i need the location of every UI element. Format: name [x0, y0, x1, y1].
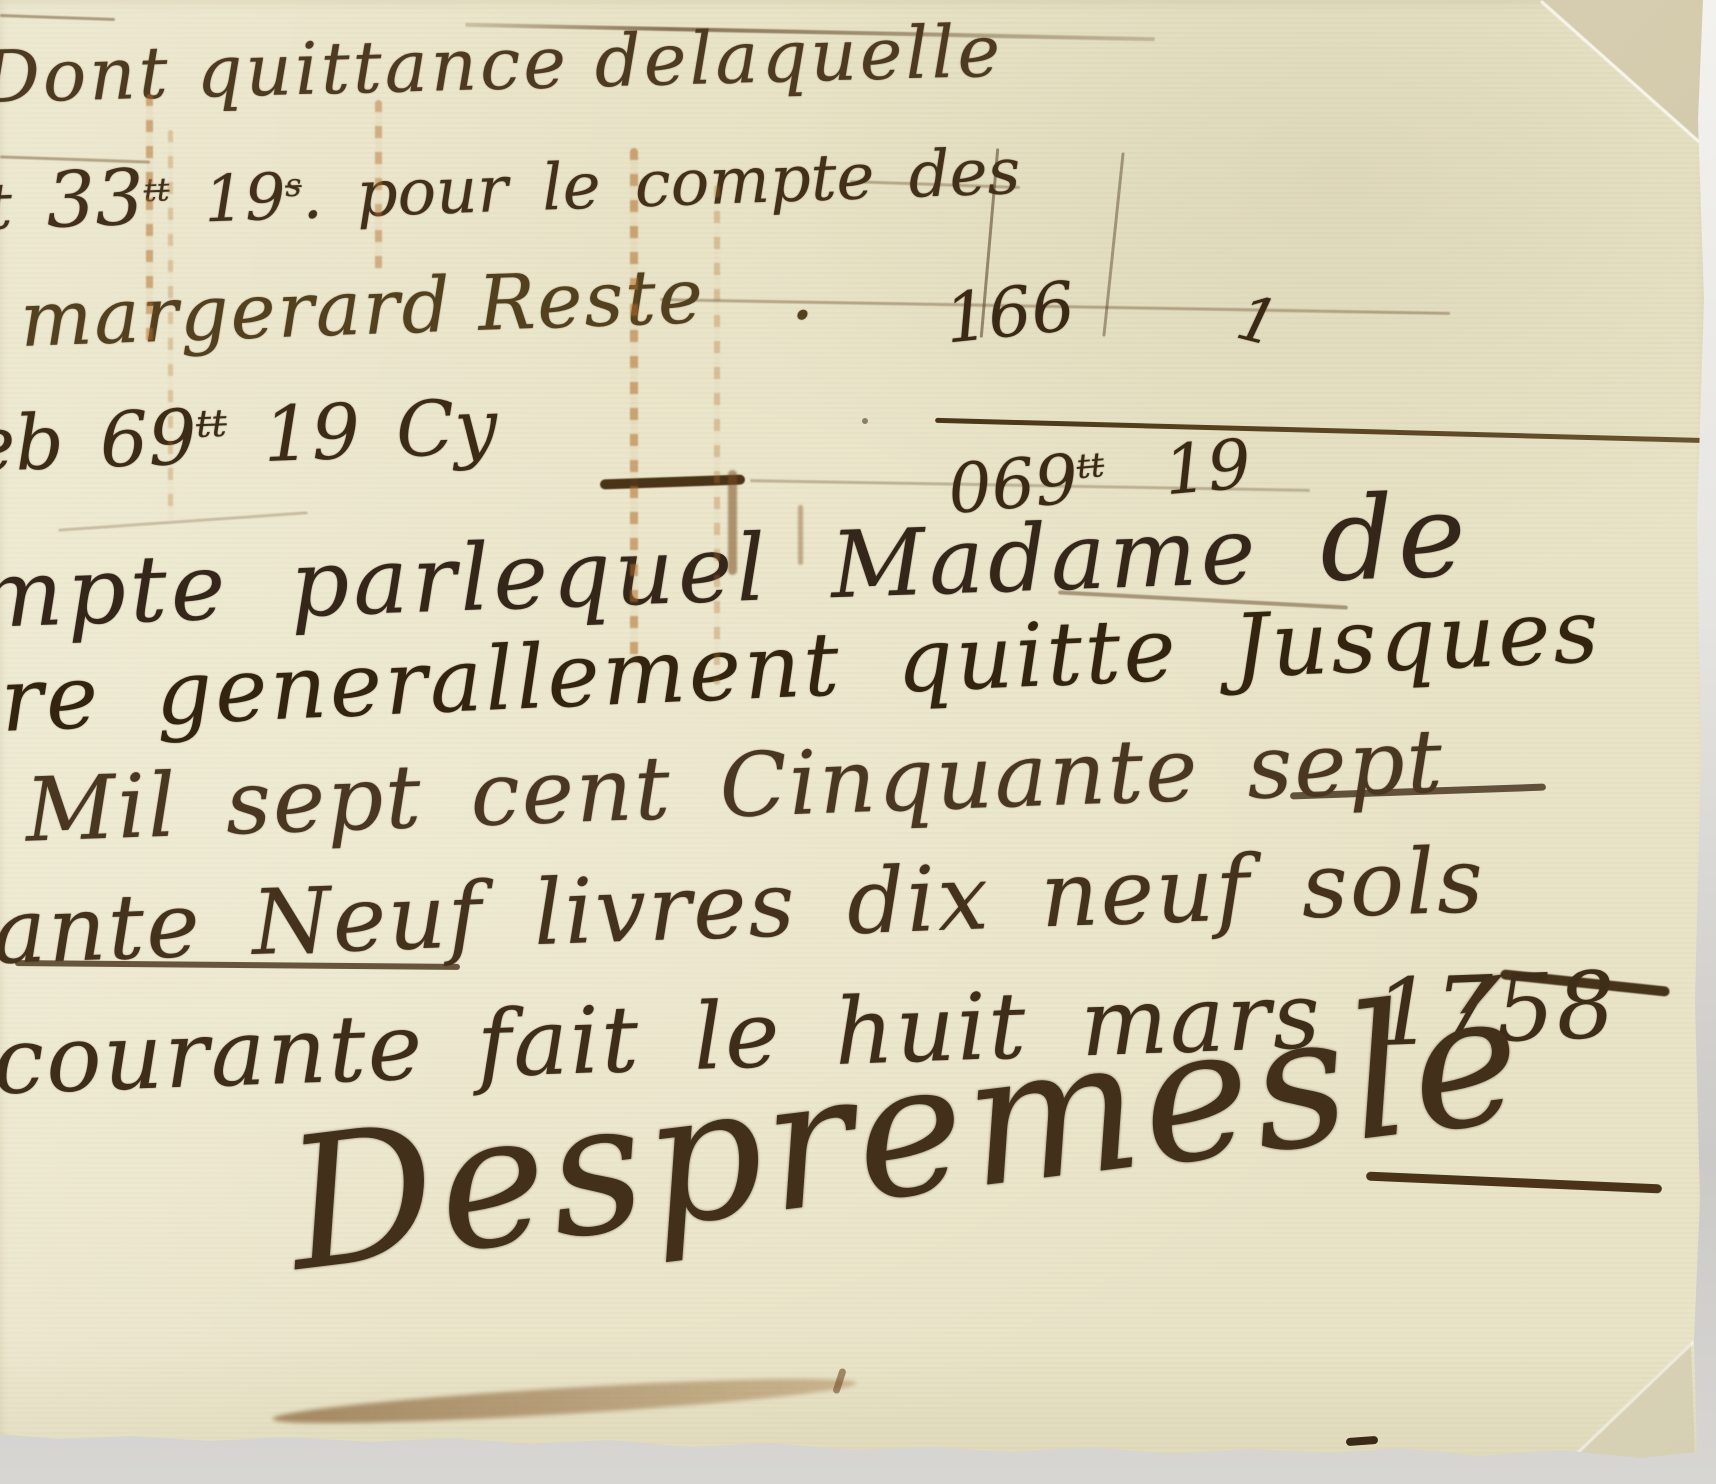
handwritten-line-livres: ante Neuf livres dix neuf sols: [0, 836, 1486, 978]
livres-unit: tt: [195, 401, 227, 446]
guide-line: [0, 14, 115, 21]
sum-top-value: 166: [942, 273, 1078, 354]
amount-livres: 69: [98, 392, 198, 484]
rust-stain: [168, 130, 173, 520]
cutoff-glyph: eb: [0, 397, 65, 489]
amount-sols: 19: [203, 161, 287, 238]
line-text: margerard Reste: [19, 251, 707, 364]
cutoff-glyph: t: [0, 170, 13, 245]
amount-livres: 33: [45, 154, 146, 246]
amount-sols: 19: [262, 387, 362, 479]
sum-rule: [935, 418, 1710, 443]
line-rest: . pour le compte des: [301, 135, 1022, 234]
rust-stain: [714, 185, 720, 685]
manuscript-paper: Dont quittance delaquelle t 33tt 19s. po…: [0, 0, 1716, 1484]
ink-dash: [600, 474, 745, 489]
ink-dot: [862, 418, 868, 424]
cy-label: Cy: [394, 382, 498, 474]
ink-drip: [798, 505, 803, 565]
period-mark: .: [788, 247, 817, 337]
handwritten-line-reste: margerard Reste.: [19, 254, 817, 358]
handwritten-line-compte: t 33tt 19s. pour le compte des: [0, 130, 1021, 243]
rust-stain: [375, 100, 382, 270]
result-unit: tt: [1075, 445, 1106, 487]
sols-unit: s: [284, 166, 302, 205]
photo-background: Dont quittance delaquelle t 33tt 19s. po…: [0, 0, 1716, 1484]
signature-flourish: [272, 1370, 857, 1432]
edge-mark: [1346, 1436, 1378, 1446]
rust-stain: [630, 148, 638, 668]
ink-drip: [728, 470, 737, 575]
sum-sols-tick: 1: [1231, 286, 1284, 356]
handwritten-line-cy: eb 69tt 19 Cy: [0, 389, 498, 483]
rust-stain: [146, 94, 153, 344]
